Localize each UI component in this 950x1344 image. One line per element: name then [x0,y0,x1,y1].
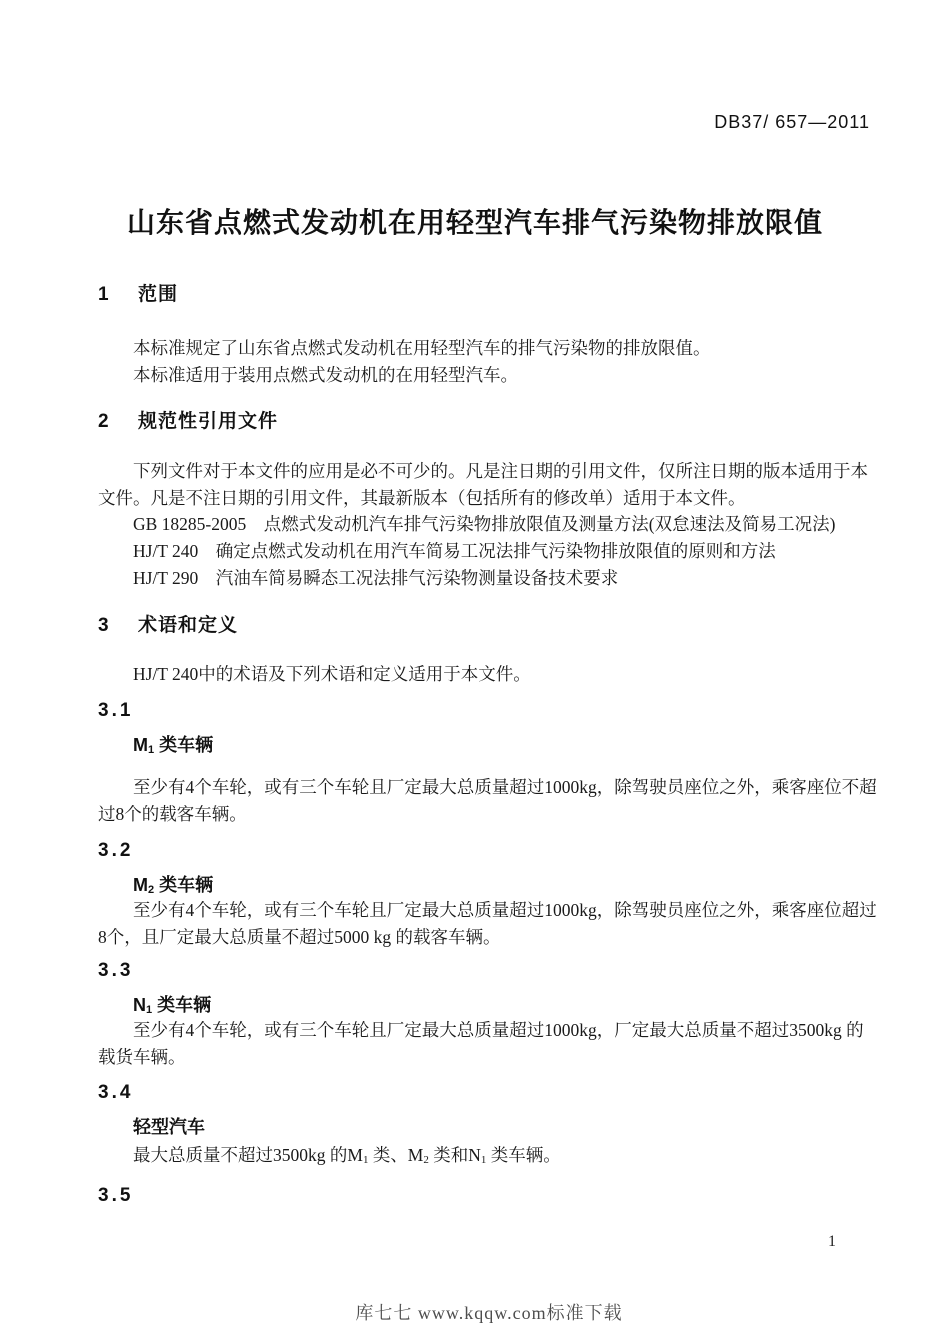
definition-segment: 类和N [429,1145,481,1165]
term-3-3-name: N1 类车辆 [133,995,915,1016]
definition-segment: 最大总质量不超过3500kg 的M [133,1145,363,1165]
terms-intro: HJ/T 240中的术语及下列术语和定义适用于本文件。 [98,661,880,688]
reference-item: GB 18285-2005 点燃式发动机汽车排气污染物排放限值及测量方法(双怠速… [98,511,880,538]
clause-3-1-number: 3.1 [98,700,880,722]
section-1-title: 范围 [138,284,178,305]
term-3-4-name: 轻型汽车 [133,1117,915,1138]
term-rest: 类车辆 [154,875,213,895]
section-2-number: 2 [98,411,138,432]
clause-3-5-number: 3.5 [98,1185,880,1207]
reference-item: HJ/T 240 确定点燃式发动机在用汽车简易工况法排气污染物排放限值的原则和方… [98,538,880,565]
section-2-title: 规范性引用文件 [138,411,278,432]
term-3-1-definition: 至少有4个车轮，或有三个车轮且厂定最大总质量超过1000kg，除驾驶员座位之外，… [98,774,880,828]
scope-paragraph-2: 本标准适用于装用点燃式发动机的在用轻型汽车。 [98,362,880,389]
term-subscript: 1 [148,744,154,756]
term-3-3-definition: 至少有4个车轮，或有三个车轮且厂定最大总质量超过1000kg，厂定最大总质量不超… [98,1017,880,1071]
term-letter: M [133,875,148,895]
term-rest: 类车辆 [152,995,211,1015]
subscript: 1 [481,1154,487,1166]
term-subscript: 1 [146,1004,152,1016]
term-3-2-definition: 至少有4个车轮，或有三个车轮且厂定最大总质量超过1000kg，除驾驶员座位之外，… [98,897,880,951]
page-number: 1 [828,1233,836,1251]
term-letter: N [133,995,146,1015]
footer-watermark: 库七七 www.kqqw.com标准下载 [98,1299,880,1325]
term-3-1-name: M1 类车辆 [133,735,915,756]
subscript: 2 [423,1154,429,1166]
clause-3-3-number: 3.3 [98,960,880,982]
term-rest: 类车辆 [154,735,213,755]
standard-code: DB37/ 657—2011 [714,112,870,133]
reference-item: HJ/T 290 汽油车简易瞬态工况法排气污染物测量设备技术要求 [98,565,880,592]
clause-3-4-number: 3.4 [98,1082,880,1104]
subscript: 1 [363,1154,369,1166]
definition-segment: 类、M [368,1145,423,1165]
section-3-title: 术语和定义 [138,615,238,636]
term-letter: M [133,735,148,755]
references-intro: 下列文件对于本文件的应用是必不可少的。凡是注日期的引用文件，仅所注日期的版本适用… [98,458,880,512]
term-subscript: 2 [148,884,154,896]
section-2-heading: 2规范性引用文件 [98,411,880,432]
section-1-heading: 1范围 [98,284,880,305]
document-title: 山东省点燃式发动机在用轻型汽车排气污染物排放限值 [0,201,950,241]
term-3-4-definition: 最大总质量不超过3500kg 的M1 类、M2 类和N1 类车辆。 [98,1142,880,1169]
scope-paragraph-1: 本标准规定了山东省点燃式发动机在用轻型汽车的排气污染物的排放限值。 [98,335,880,362]
clause-3-2-number: 3.2 [98,840,880,862]
document-page: DB37/ 657—2011 山东省点燃式发动机在用轻型汽车排气污染物排放限值 … [0,0,950,1344]
section-1-number: 1 [98,284,138,305]
term-3-2-name: M2 类车辆 [133,875,915,896]
section-3-heading: 3术语和定义 [98,615,880,636]
section-3-number: 3 [98,615,138,636]
definition-segment: 类车辆。 [486,1145,560,1165]
